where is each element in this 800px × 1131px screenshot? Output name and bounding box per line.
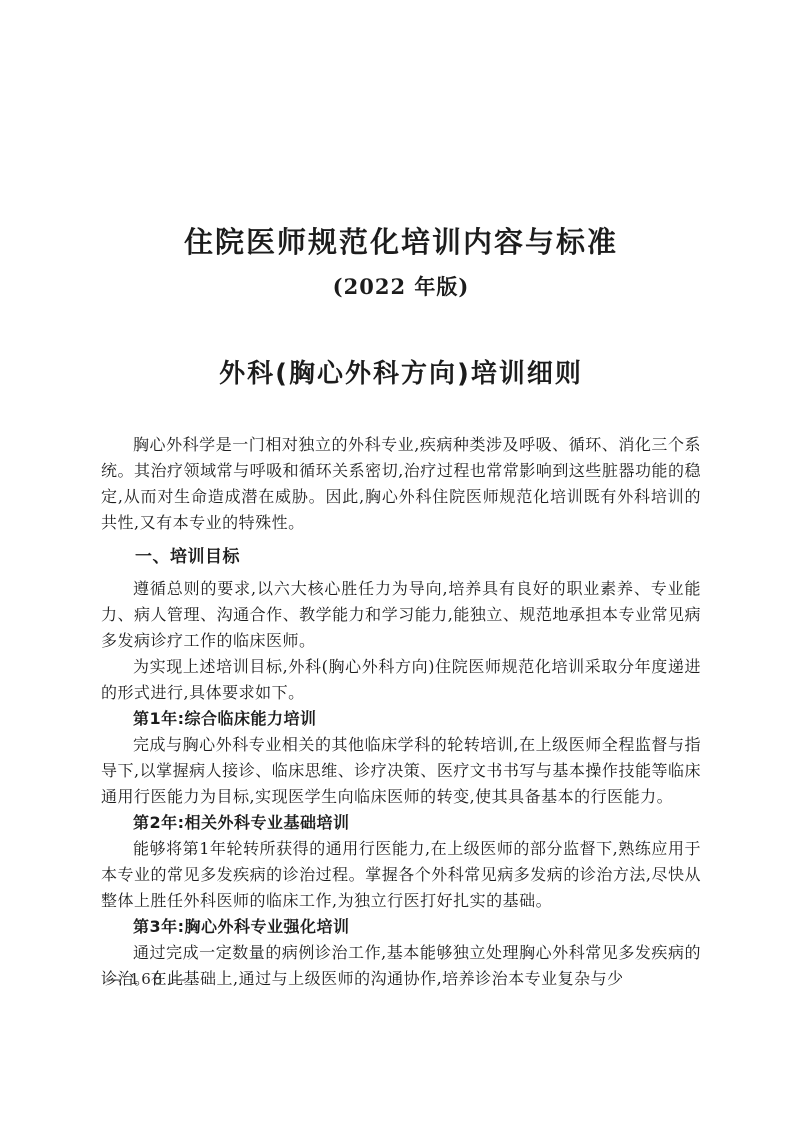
goals-paragraph-2: 为实现上述培训目标,外科(胸心外科方向)住院医师规范化培训采取分年度递进的形式进…	[101, 654, 701, 706]
year2-heading: 第2年:相关外科专业基础培训	[101, 810, 701, 836]
page-number: — 168 —	[106, 970, 188, 988]
section-heading-training-goals: 一、培训目标	[101, 544, 701, 570]
document-page: 住院医师规范化培训内容与标准 (2022 年版) 外科(胸心外科方向)培训细则 …	[0, 0, 800, 1131]
goals-paragraph-1: 遵循总则的要求,以六大核心胜任力为导向,培养具有良好的职业素养、专业能力、病人管…	[101, 576, 701, 654]
year1-heading: 第1年:综合临床能力培训	[101, 706, 701, 732]
edition-subtitle: (2022 年版)	[101, 274, 701, 300]
year3-heading: 第3年:胸心外科专业强化培训	[101, 914, 701, 940]
body-text: 胸心外科学是一门相对独立的外科专业,疾病种类涉及呼吸、循环、消化三个系统。其治疗…	[101, 432, 701, 992]
year1-paragraph: 完成与胸心外科专业相关的其他临床学科的轮转培训,在上级医师全程监督与指导下,以掌…	[101, 732, 701, 810]
main-title: 住院医师规范化培训内容与标准	[101, 224, 701, 260]
year3-paragraph: 通过完成一定数量的病例诊治工作,基本能够独立处理胸心外科常见多发疾病的诊治。在此…	[101, 940, 701, 992]
year2-paragraph: 能够将第1年轮转所获得的通用行医能力,在上级医师的部分监督下,熟练应用于本专业的…	[101, 836, 701, 914]
chapter-title: 外科(胸心外科方向)培训细则	[101, 358, 701, 390]
intro-paragraph: 胸心外科学是一门相对独立的外科专业,疾病种类涉及呼吸、循环、消化三个系统。其治疗…	[101, 432, 701, 536]
